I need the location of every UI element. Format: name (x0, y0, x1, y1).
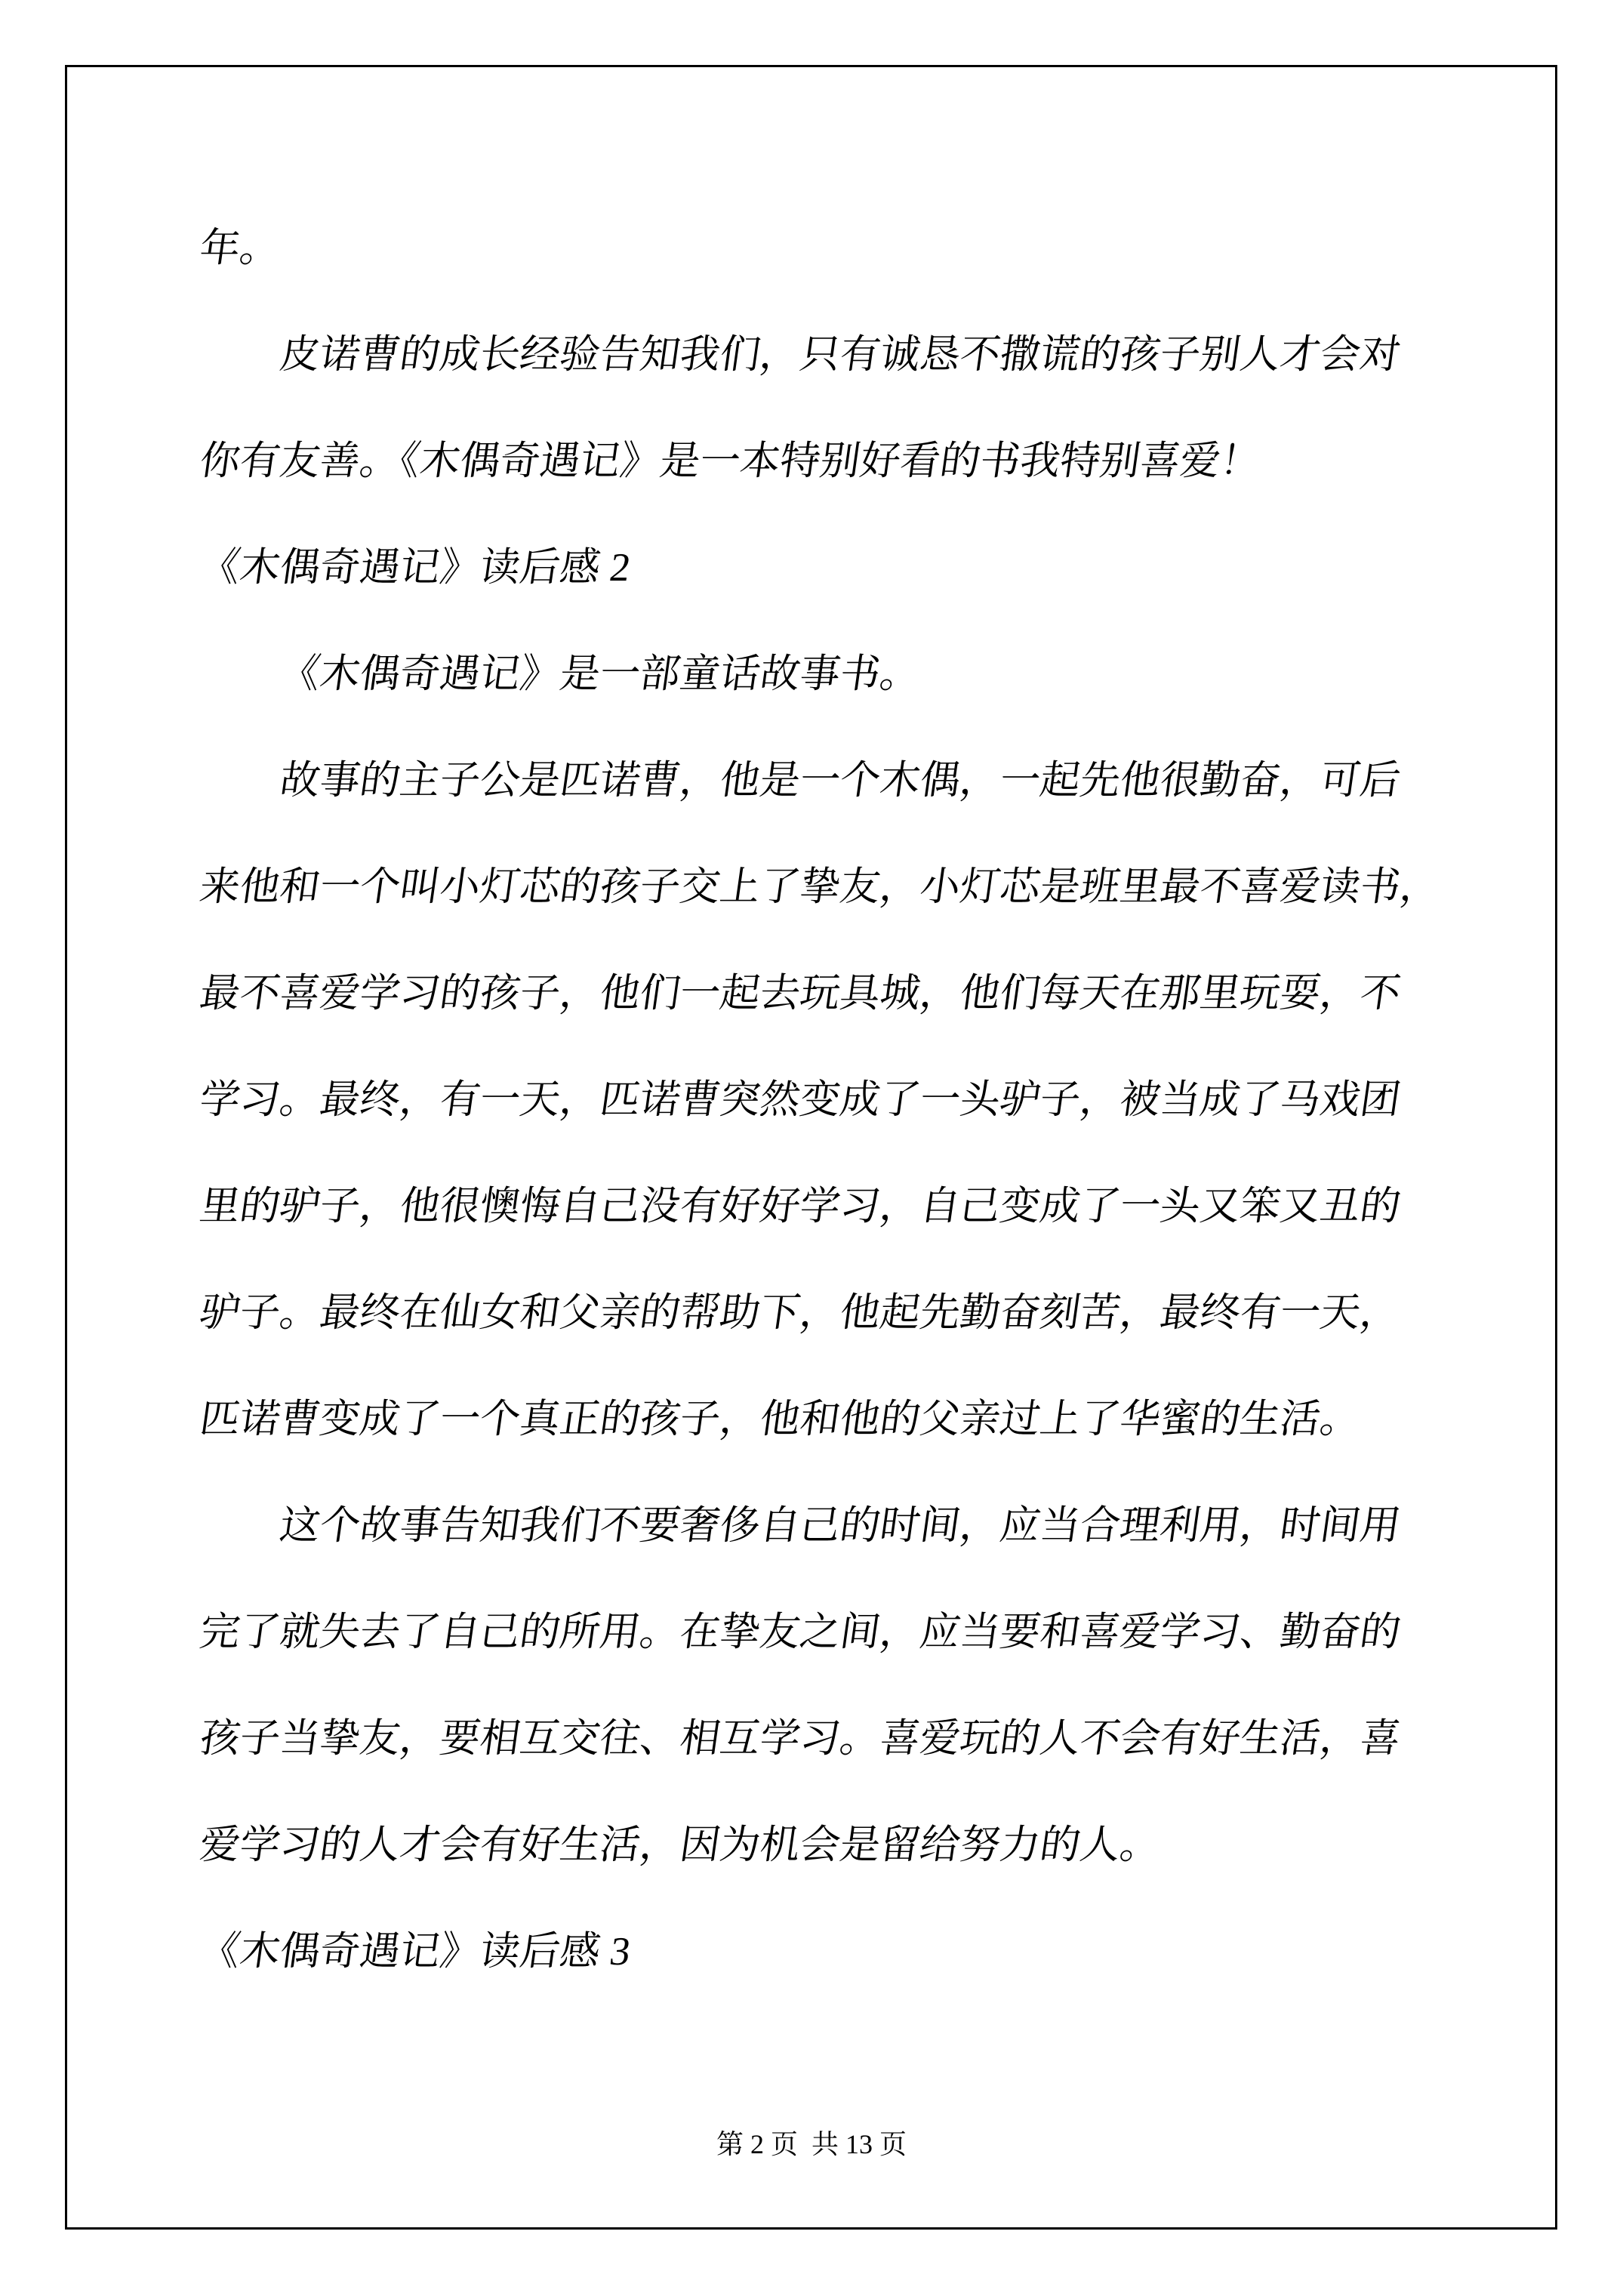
paragraph-line: 驴子。最终在仙女和父亲的帮助下，他起先勤奋刻苦，最终有一天， (192, 1260, 1491, 1367)
paragraph-line: 你有友善。《木偶奇遇记》是一本特别好看的书我特别喜爱！ (192, 408, 1491, 515)
paragraph-line: 最不喜爱学习的孩子，他们一起去玩具城，他们每天在那里玩耍，不 (192, 941, 1491, 1047)
paragraph-line: 来他和一个叫小灯芯的孩子交上了挚友，小灯芯是班里最不喜爱读书， (192, 834, 1491, 941)
document-body: 年。 皮诺曹的成长经验告知我们，只有诚恳不撒谎的孩子别人才会对 你有友善。《木偶… (200, 196, 1483, 2005)
paragraph-line: 爱学习的人才会有好生活，因为机会是留给努力的人。 (192, 1792, 1491, 1899)
document-page: { "document": { "lines": [ { "text": "年。… (0, 0, 1623, 2296)
page-footer: 第 2 页 共 13 页 (0, 2128, 1623, 2161)
paragraph-line: 这个故事告知我们不要奢侈自己的时间，应当合理利用，时间用 (192, 1473, 1491, 1579)
paragraph-line: 年。 (192, 196, 1491, 302)
paragraph-line: 故事的主子公是匹诺曹，他是一个木偶，一起先他很勤奋，可后 (192, 728, 1491, 834)
paragraph-line: 学习。最终，有一天，匹诺曹突然变成了一头驴子，被当成了马戏团 (192, 1047, 1491, 1154)
section-heading: 《木偶奇遇记》读后感 2 (192, 515, 1491, 621)
paragraph-line: 完了就失去了自己的所用。在挚友之间，应当要和喜爱学习、勤奋的 (192, 1579, 1491, 1686)
section-heading: 《木偶奇遇记》读后感 3 (192, 1899, 1491, 2005)
paragraph-line: 皮诺曹的成长经验告知我们，只有诚恳不撒谎的孩子别人才会对 (192, 302, 1491, 408)
paragraph-line: 《木偶奇遇记》是一部童话故事书。 (192, 621, 1491, 728)
paragraph-line: 匹诺曹变成了一个真正的孩子，他和他的父亲过上了华蜜的生活。 (192, 1367, 1491, 1473)
paragraph-line: 孩子当挚友，要相互交往、相互学习。喜爱玩的人不会有好生活，喜 (192, 1686, 1491, 1792)
paragraph-line: 里的驴子，他很懊悔自己没有好好学习，自己变成了一头又笨又丑的 (192, 1154, 1491, 1260)
